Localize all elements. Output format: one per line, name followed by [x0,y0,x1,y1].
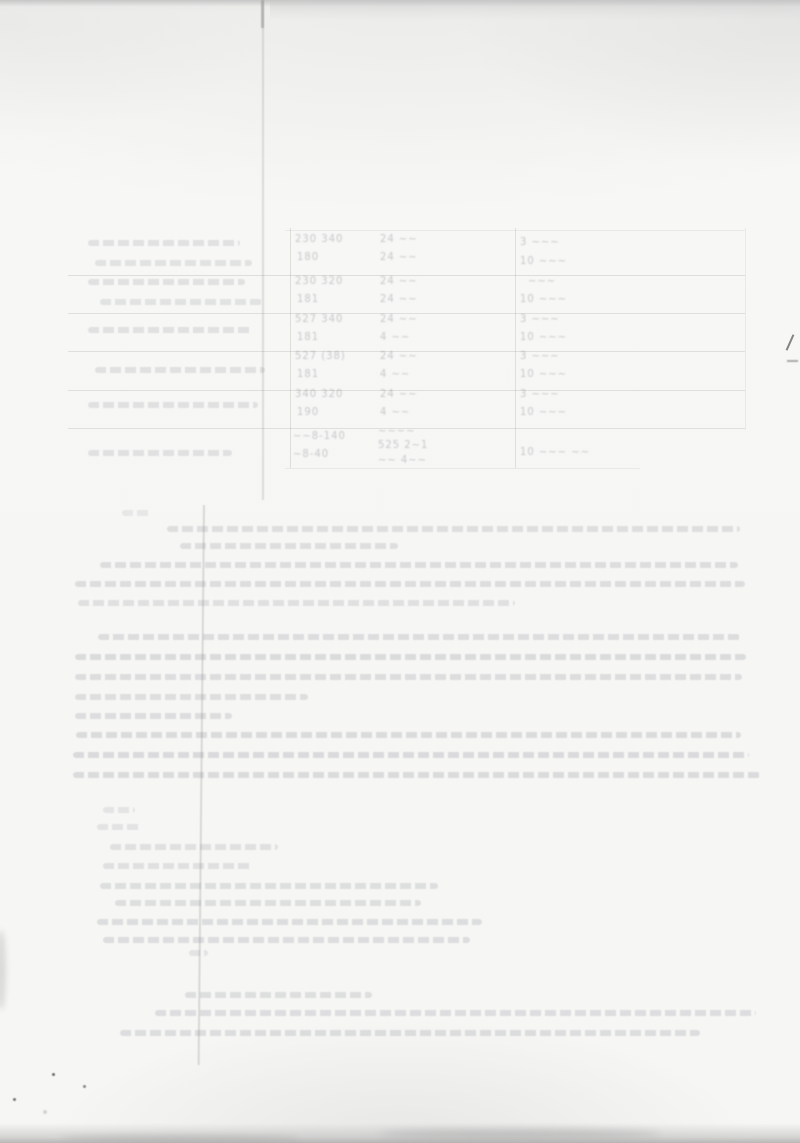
table-cell-value: 24 ~~ [380,253,418,264]
table-cell-value: 10 ~~~ [520,295,567,306]
table-cell-value: 181 [297,333,319,344]
scanned-page: 230 34018024 ~~24 ~~3 ~~~10 ~~~230 32018… [0,0,800,1143]
table-cell-value: 230 320 [295,277,343,288]
text-line-paragraph-1 [180,543,398,549]
bottom-edge-wave [380,1129,660,1139]
text-line-indented-list [100,883,438,889]
table-row-label [88,402,258,408]
text-line-footer-block [120,1030,700,1036]
table-cell-value: 230 340 [295,235,343,246]
table-cell-value: 3 ~~~ [520,390,560,401]
table-row-label [95,260,252,266]
table-cell-value: 3 ~~~ [520,352,560,363]
text-line-indented-list [103,863,253,869]
table-cell-value: ~~~~ [378,427,416,438]
table-row-label [88,279,245,285]
ink-dot [52,1073,55,1076]
left-edge-smudge [0,930,6,1010]
text-line-paragraph-4 [73,772,760,778]
table-cell-value: 4 ~~ [380,408,410,419]
text-line-footer-block [185,992,372,998]
table-cell-value: 24 ~~ [380,390,418,401]
table-cell-value: ~8-40 [293,450,329,461]
table-cell-value: 10 ~~~ [520,408,567,419]
table-cell-value: 525 2~1 [378,441,428,452]
text-line-standalone-line [75,713,232,719]
text-line-indented-list [115,900,421,906]
ink-dot [13,1098,16,1101]
table-cell-value: 3 ~~~ [520,315,560,326]
text-line-caption-fragment [122,510,152,516]
ink-dot [83,1085,86,1088]
table-vertical-border [745,228,746,430]
table-cell-value: 180 [297,253,319,264]
table-cell-value: 10 ~~~ [520,370,567,381]
text-line-paragraph-2 [100,562,738,568]
table-row-label [88,327,252,333]
text-line-paragraph-4 [73,752,749,758]
text-line-paragraph-2 [75,581,745,587]
table-cell-value: 190 [297,408,319,419]
text-line-indented-list [103,807,135,813]
text-line-paragraph-3 [98,634,740,640]
text-line-indented-list [97,824,140,830]
table-cell-value: 181 [297,295,319,306]
table-cell-value: 10 ~~~ [520,257,567,268]
text-line-paragraph-3 [75,654,746,660]
table-cell-value: 24 ~~ [380,352,418,363]
table-cell-value: 340 320 [295,390,343,401]
right-margin-ink-dash [787,360,798,362]
crease-fold-upper [262,0,264,500]
table-cell-value: 24 ~~ [380,277,418,288]
table-cell-value: 3 ~~~ [520,238,560,249]
table-cell-value: 10 ~~~ ~~ [520,448,590,459]
table-row-label [88,450,232,456]
table-cell-value: 527 340 [295,315,343,326]
text-line-indented-list [97,919,482,925]
right-margin-ink-mark [786,334,795,350]
text-line-indented-list [103,937,470,943]
table-row-label [95,367,265,373]
table-cell-value: 4 ~~ [380,333,410,344]
table-cell-value: 4 ~~ [380,370,410,381]
top-right-edge-shadow [270,0,800,20]
text-line-paragraph-3 [75,674,742,680]
table-cell-value: 10 ~~~ [520,333,567,344]
text-line-footer-block [155,1010,756,1016]
table-vertical-border [290,228,291,468]
table-cell-value: 24 ~~ [380,295,418,306]
table-cell-value: ~~~ [528,277,556,288]
table-horizontal-border [285,468,640,469]
table-row-label [100,299,262,305]
table-cell-value: 181 [297,370,319,381]
table-cell-value: ~~8-140 [293,432,346,443]
table-cell-value: ~~ 4~~ [378,456,427,467]
bottom-edge-wave [60,1135,300,1142]
table-cell-value: 24 ~~ [380,315,418,326]
table-cell-value: 527 (38) [295,352,346,363]
text-line-paragraph-2 [78,600,515,606]
table-cell-value: 24 ~~ [380,235,418,246]
table-vertical-border [515,228,516,468]
table-row-label [88,240,240,246]
text-line-paragraph-3 [75,694,308,700]
text-line-paragraph-1 [167,526,740,532]
text-line-indented-list [189,950,208,956]
ink-dot [43,1110,47,1114]
crease-fold-lower [198,505,205,1065]
text-line-indented-list [110,844,278,850]
text-line-paragraph-4 [76,732,741,738]
